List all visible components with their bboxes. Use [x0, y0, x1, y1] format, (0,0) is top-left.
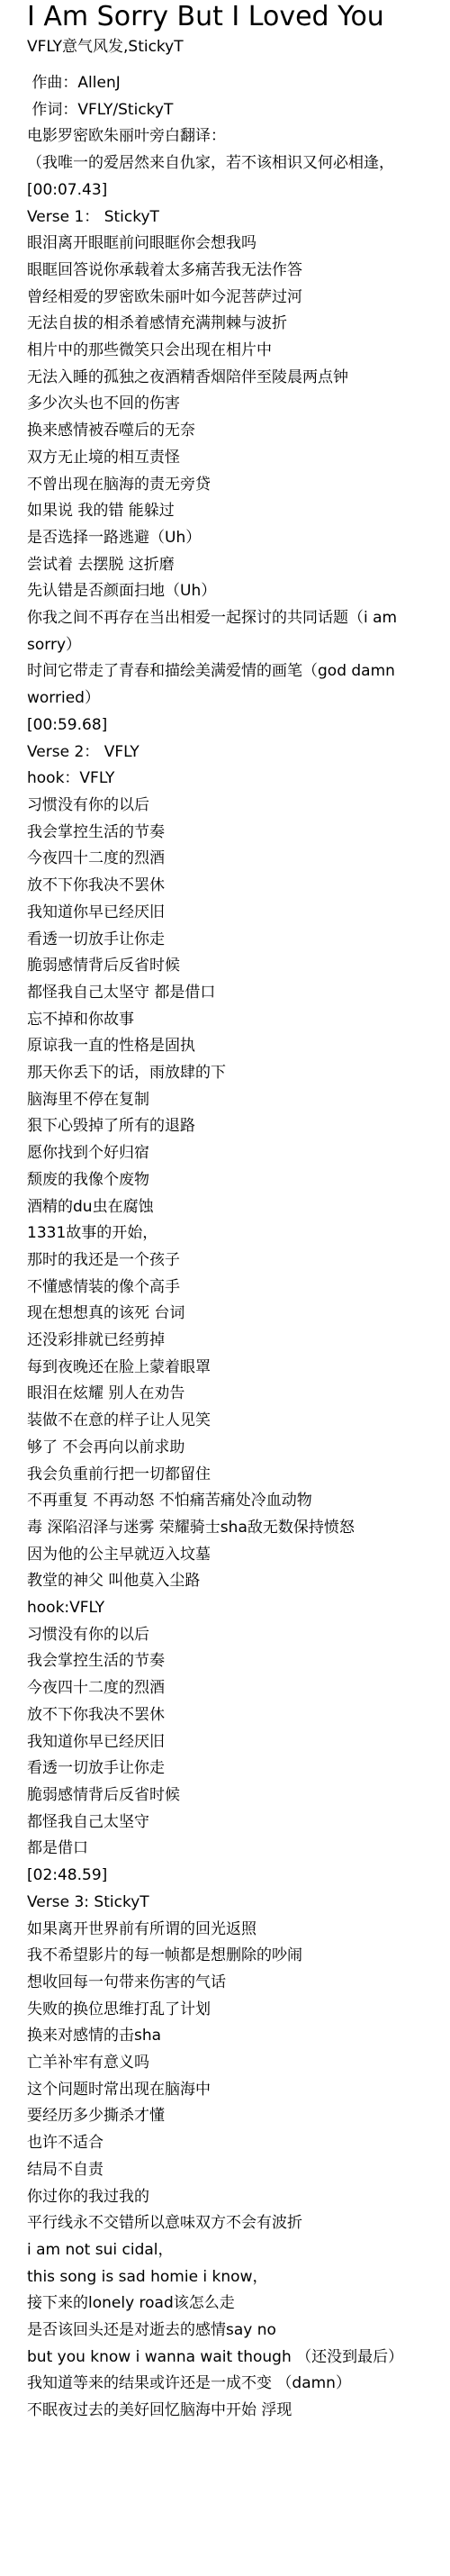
lyric-line: [02:48.59] [27, 1863, 450, 1890]
lyric-line: 你我之间不再存在当出相爱一起探讨的共同话题（i am [27, 605, 450, 632]
lyric-line: 不再重复 不再动怒 不怕痛苦痛处冷血动物 [27, 1488, 450, 1515]
lyric-line: worried） [27, 685, 450, 712]
lyric-line: sorry） [27, 632, 450, 659]
lyric-line: 够了 不会再向以前求助 [27, 1435, 450, 1462]
lyric-line: 现在想想真的该死 台词 [27, 1301, 450, 1328]
lyric-line: this song is sad homie i know， [27, 2264, 450, 2291]
lyric-line: 作词：VFLY/StickyT [27, 97, 450, 124]
lyric-line: 我不希望影片的每一帧都是想删除的吵闹 [27, 1943, 450, 1970]
lyric-line: 我会负重前行把一切都留住 [27, 1462, 450, 1489]
lyric-line: Verse 1： StickyT [27, 204, 450, 231]
lyric-line: 这个问题时常出现在脑海中 [27, 2077, 450, 2104]
lyric-line: 作曲：AllenJ [27, 70, 450, 97]
lyric-line: 如果说 我的错 能躲过 [27, 498, 450, 525]
lyric-line: 1331故事的开始， [27, 1220, 450, 1247]
lyric-line: 电影罗密欧朱丽叶旁白翻译： [27, 123, 450, 150]
lyrics-page: I Am Sorry But I Loved You VFLY意气风发,Stic… [27, 0, 450, 2425]
lyric-line: 今夜四十二度的烈酒 [27, 1675, 450, 1702]
lyric-line: 脆弱感情背后反省时候 [27, 953, 450, 980]
lyric-line: 结局不自责 [27, 2157, 450, 2184]
lyric-line: 放不下你我决不罢休 [27, 873, 450, 900]
lyric-line: 每到夜晚还在脸上蒙着眼罩 [27, 1355, 450, 1382]
lyric-line: 那天你丢下的话，雨放肆的下 [27, 1060, 450, 1087]
lyric-line: hook:VFLY [27, 1595, 450, 1622]
lyric-line: 放不下你我决不罢休 [27, 1702, 450, 1729]
lyric-line: 换来对感情的击sha [27, 2023, 450, 2050]
song-artist: VFLY意气风发,StickyT [27, 36, 450, 58]
lyric-line: 习惯没有你的以后 [27, 1622, 450, 1649]
lyric-line: [00:07.43] [27, 177, 450, 204]
lyric-line: 那时的我还是一个孩子 [27, 1247, 450, 1274]
lyric-line: 双方无止境的相互责怪 [27, 445, 450, 472]
lyric-line: 你过你的我过我的 [27, 2184, 450, 2211]
lyric-line: hook：VFLY [27, 766, 450, 793]
lyric-line: 忘不掉和你故事 [27, 1007, 450, 1034]
lyric-line: 习惯没有你的以后 [27, 793, 450, 820]
lyric-line: 相片中的那些微笑只会出现在相片中 [27, 338, 450, 365]
lyric-line: 眼泪离开眼眶前问眼眶你会想我吗 [27, 231, 450, 258]
lyric-line: 眼泪在炫耀 别人在劝告 [27, 1381, 450, 1408]
lyric-line: 无法入睡的孤独之夜酒精香烟陪伴至陵晨两点钟 [27, 365, 450, 392]
lyric-line: 平行线永不交错所以意味双方不会有波折 [27, 2210, 450, 2237]
lyric-line: 我知道你早已经厌旧 [27, 1729, 450, 1756]
lyric-line: 不懂感情装的像个高手 [27, 1274, 450, 1302]
lyric-line: 先认错是否颜面扫地（Uh） [27, 578, 450, 605]
lyric-line: 狠下心毁掉了所有的退路 [27, 1113, 450, 1140]
lyric-line: 是否选择一路逃避（Uh） [27, 525, 450, 552]
lyric-line: [00:59.68] [27, 712, 450, 739]
lyric-line: 我会掌控生活的节奏 [27, 820, 450, 847]
lyric-line: 因为他的公主早就迈入坟墓 [27, 1542, 450, 1569]
lyric-line: 看透一切放手让你走 [27, 927, 450, 954]
lyric-line: 颓废的我像个废物 [27, 1167, 450, 1194]
lyric-line: 不眠夜过去的美好回忆脑海中开始 浮现 [27, 2398, 450, 2425]
lyric-line: 我知道你早已经厌旧 [27, 900, 450, 927]
lyric-line: 还没彩排就已经剪掉 [27, 1328, 450, 1355]
lyric-line: 多少次头也不回的伤害 [27, 391, 450, 418]
lyric-line: 尝试着 去摆脱 这折磨 [27, 552, 450, 579]
lyric-line: 如果离开世界前有所谓的回光返照 [27, 1917, 450, 1944]
lyric-line: i am not sui cidal， [27, 2237, 450, 2264]
lyric-line: 想收回每一句带来伤害的气话 [27, 1970, 450, 1997]
lyrics-body: 作曲：AllenJ 作词：VFLY/StickyT电影罗密欧朱丽叶旁白翻译：（我… [27, 70, 450, 2425]
song-title: I Am Sorry But I Loved You [27, 0, 450, 34]
lyric-line: 换来感情被吞噬后的无奈 [27, 418, 450, 445]
lyric-line: 教堂的神父 叫他莫入尘路 [27, 1568, 450, 1595]
lyric-line: 今夜四十二度的烈酒 [27, 846, 450, 873]
lyric-line: 酒精的du虫在腐蚀 [27, 1194, 450, 1221]
lyric-line: 脆弱感情背后反省时候 [27, 1782, 450, 1810]
lyric-line: 都怪我自己太坚守 都是借口 [27, 980, 450, 1007]
lyric-line: 我会掌控生活的节奏 [27, 1648, 450, 1675]
lyric-line: 无法自拔的相杀着感情充满荆棘与波折 [27, 311, 450, 338]
lyric-line: 看透一切放手让你走 [27, 1755, 450, 1782]
lyric-line: 愿你找到个好归宿 [27, 1140, 450, 1167]
lyric-line: 脑海里不停在复制 [27, 1087, 450, 1114]
lyric-line: 也许不适合 [27, 2130, 450, 2157]
lyric-line: Verse 2： VFLY [27, 739, 450, 766]
lyric-line: 毒 深陷沼泽与迷雾 荣耀骑士sha敌无数保持愤怒 [27, 1515, 450, 1542]
lyric-line: 曾经相爱的罗密欧朱丽叶如今泥菩萨过河 [27, 285, 450, 312]
lyric-line: 接下来的lonely road该怎么走 [27, 2290, 450, 2317]
lyric-line: （我唯一的爱居然来自仇家，若不该相识又何必相逢， [27, 150, 450, 177]
lyric-line: 失败的换位思维打乱了计划 [27, 1997, 450, 2024]
lyric-line: 原谅我一直的性格是固执 [27, 1033, 450, 1060]
lyric-line: 我知道等来的结果或许还是一成不变 （damn） [27, 2371, 450, 2398]
lyric-line: 都怪我自己太坚守 [27, 1810, 450, 1837]
lyric-line: 眼眶回答说你承载着太多痛苦我无法作答 [27, 258, 450, 285]
lyric-line: 不曾出现在脑海的责无旁贷 [27, 472, 450, 499]
lyric-line: 是否该回头还是对逝去的感情say no [27, 2317, 450, 2345]
lyric-line: 时间它带走了青春和描绘美满爱情的画笔（god damn [27, 658, 450, 685]
lyric-line: 装做不在意的样子让人见笑 [27, 1408, 450, 1435]
lyric-line: 要经历多少撕杀才懂 [27, 2103, 450, 2130]
lyric-line: but you know i wanna wait though （还没到最后） [27, 2345, 450, 2372]
lyric-line: Verse 3: StickyT [27, 1890, 450, 1917]
lyric-line: 亡羊补牢有意义吗 [27, 2050, 450, 2077]
lyric-line: 都是借口 [27, 1836, 450, 1863]
